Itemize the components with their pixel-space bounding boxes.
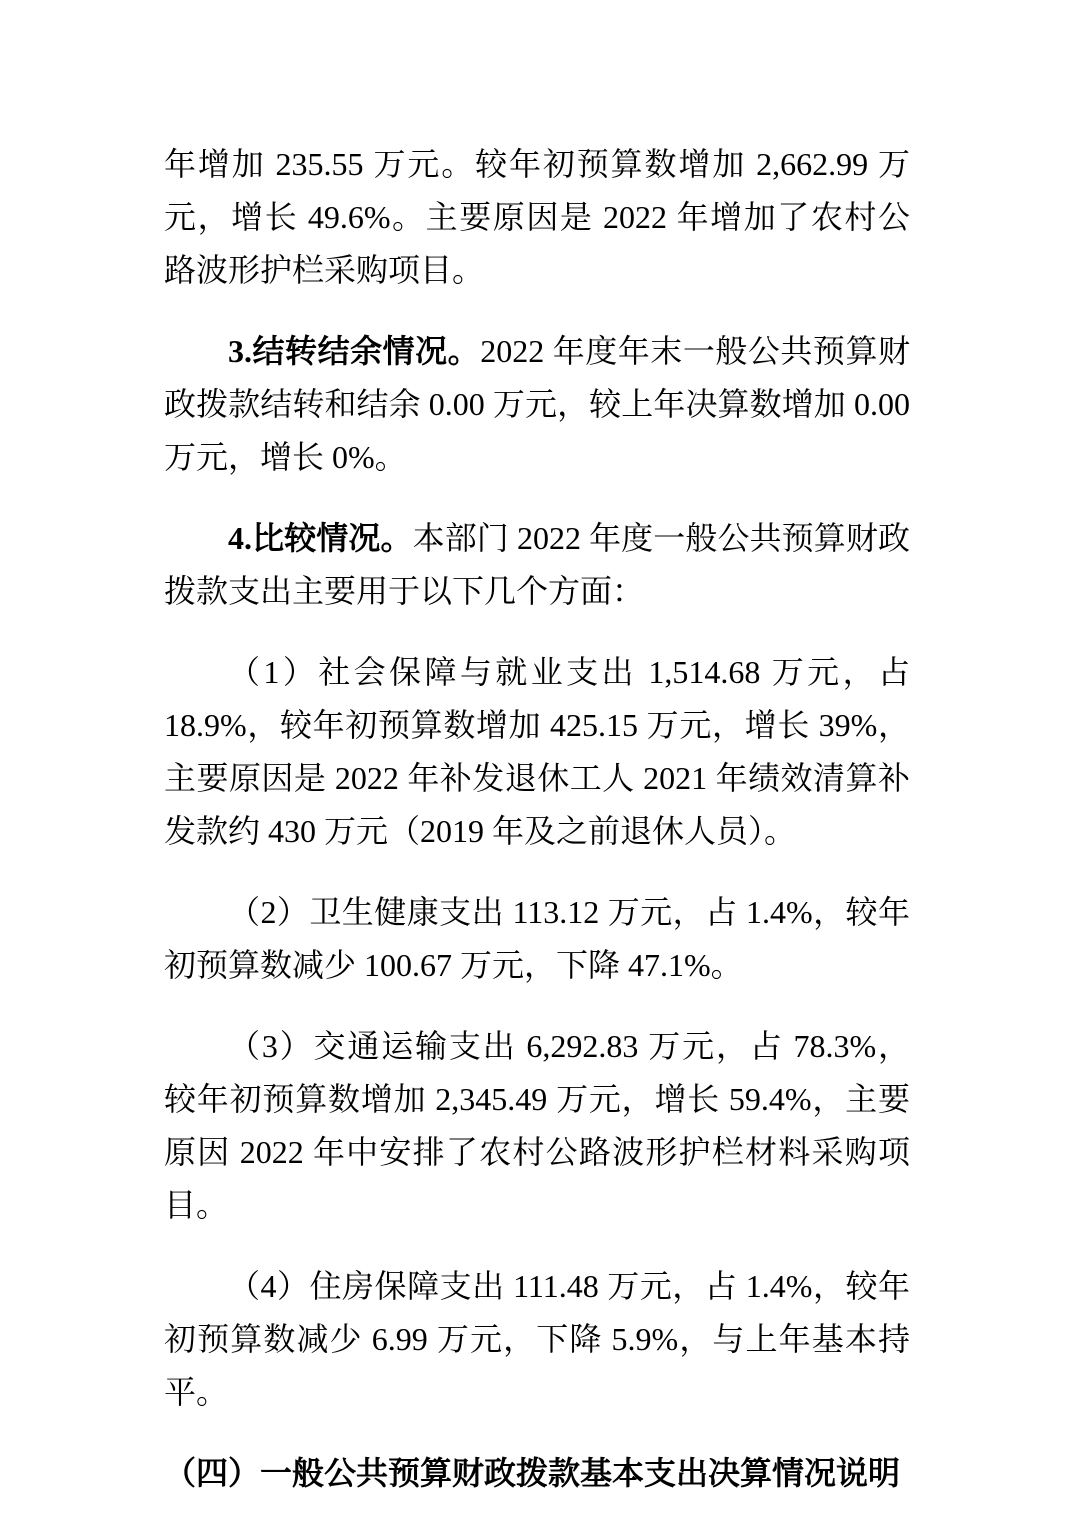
paragraph-carryover-balance: 3.结转结余情况。2022 年度年末一般公共预算财政拨款结转和结余 0.00 万… bbox=[164, 325, 910, 484]
section-heading-text: （四）一般公共预算财政拨款基本支出决算情况说明 bbox=[164, 1455, 900, 1491]
paragraph-item-2-health: （2）卫生健康支出 113.12 万元，占 1.4%，较年初预算数减少 100.… bbox=[164, 886, 910, 992]
paragraph-budget-increase-continuation: 年增加 235.55 万元。较年初预算数增加 2,662.99 万元，增长 49… bbox=[164, 138, 910, 297]
document-body: 年增加 235.55 万元。较年初预算数增加 2,662.99 万元，增长 49… bbox=[164, 138, 910, 1500]
paragraph-comparison-intro: 4.比较情况。本部门 2022 年度一般公共预算财政拨款支出主要用于以下几个方面… bbox=[164, 512, 910, 618]
paragraph-item-3-transportation: （3）交通运输支出 6,292.83 万元，占 78.3%，较年初预算数增加 2… bbox=[164, 1020, 910, 1232]
paragraph-item-4-housing: （4）住房保障支出 111.48 万元，占 1.4%，较年初预算数减少 6.99… bbox=[164, 1260, 910, 1419]
paragraph-text: 年增加 235.55 万元。较年初预算数增加 2,662.99 万元，增长 49… bbox=[164, 146, 910, 288]
paragraph-text: （1）社会保障与就业支出 1,514.68 万元，占 18.9%，较年初预算数增… bbox=[164, 654, 910, 849]
paragraph-text: （2）卫生健康支出 113.12 万元，占 1.4%，较年初预算数减少 100.… bbox=[164, 894, 910, 983]
paragraph-text: （3）交通运输支出 6,292.83 万元，占 78.3%，较年初预算数增加 2… bbox=[164, 1028, 910, 1223]
paragraph-text: （4）住房保障支出 111.48 万元，占 1.4%，较年初预算数减少 6.99… bbox=[164, 1268, 910, 1410]
paragraph-bold-lead: 4.比较情况。 bbox=[228, 520, 413, 556]
paragraph-item-1-social-security: （1）社会保障与就业支出 1,514.68 万元，占 18.9%，较年初预算数增… bbox=[164, 646, 910, 858]
section-heading-basic-expenditure: （四）一般公共预算财政拨款基本支出决算情况说明 bbox=[164, 1447, 910, 1500]
document-page: 年增加 235.55 万元。较年初预算数增加 2,662.99 万元，增长 49… bbox=[0, 0, 1074, 1520]
paragraph-bold-lead: 3.结转结余情况。 bbox=[228, 333, 480, 369]
